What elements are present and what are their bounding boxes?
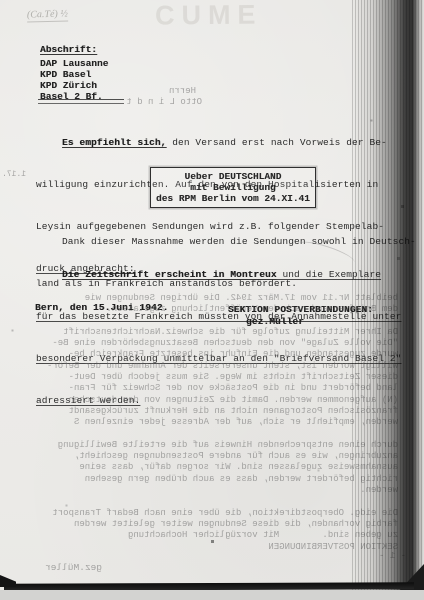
bleed-signature: gez.Müller: [45, 562, 102, 573]
text-line: wurde zugestanden und die Einfuhr ins be…: [26, 349, 398, 360]
bleed-through-body: beiblatt Nr.11 vom 17.März 1942. Die übr…: [26, 293, 398, 553]
text-line: KPD Basel: [40, 69, 108, 80]
watermark-text: CUME: [155, 0, 263, 31]
stamp-imprint-box: Ueber DEUTSCHLAND mit Bewilligung des RP…: [150, 167, 316, 208]
text-line: beiblatt Nr.11 vom 17.März 1942. Die übr…: [26, 293, 398, 304]
text-line: KPD Zürich: [40, 80, 108, 91]
paragraph-3-line-1: Die Zeitschrift erscheint in Montreux un…: [36, 268, 388, 282]
text-line: [26, 429, 398, 440]
text-line: Da Ihrer Mitteilung zufolge für die schw…: [26, 327, 398, 338]
text-line: DAP Lausanne: [40, 58, 108, 69]
stamp-line-2: mit Bewilligung: [155, 182, 311, 193]
text-line: anzubringen, wie es auch für andere Post…: [26, 451, 398, 462]
text-line: willigt worden ist, steht unsererseits d…: [26, 361, 398, 372]
text-line: [26, 496, 398, 507]
scanner-background: [0, 590, 424, 600]
text-line: französischen Postorganen nicht an die H…: [26, 406, 398, 417]
paragraph-1-line-1: Es empfiehlt sich, den Versand erst nach…: [36, 136, 388, 150]
recipient-list: DAP LausanneKPD BaselKPD ZürichBasel 2 B…: [40, 58, 108, 102]
text-line: land befördert und in die Postsäcke von …: [26, 383, 398, 394]
pencil-annotation: (Ca.Té) ½: [27, 8, 68, 22]
text-line: (N) aufgenommen werden. Damit die Zeitun…: [26, 395, 398, 406]
double-rule: [38, 99, 124, 104]
scanned-document-page: (Ca.Té) ½ CUME Herrn Otto L i n d t Absc…: [0, 0, 424, 600]
text-line: dem Briefversand nach der Veröffentlichu…: [26, 304, 398, 315]
text-line: farbig vorhanden, die diese Sendungen we…: [26, 519, 398, 530]
text-line: durch einen entsprechenden Hinweis auf d…: [26, 440, 398, 451]
text-line: werden.: [26, 485, 398, 496]
text-line: werden, empfiehlt er sich, auf der Adres…: [26, 417, 398, 428]
page-stack-edge-shadow: [352, 0, 424, 590]
dust-specks: [0, 0, 1, 1]
text-line: dieser Zeitschrift nichts im Wege. Sie m…: [26, 372, 398, 383]
copy-label: Abschrift:: [40, 44, 97, 55]
bleed-margin-fragment: 1.17.: [2, 170, 26, 179]
text-line: Die eidg. Oberpostdirektion, die über ei…: [26, 508, 398, 519]
text-line: [26, 316, 398, 327]
text-line: zu geben sind. Mit vorzüglicher Hochacht…: [26, 530, 398, 541]
text-line: "Die volle Zulage" von den deutschen Bes…: [26, 338, 398, 349]
text-line: ausnahmsweise zugelassen sind. Wir sorge…: [26, 462, 398, 473]
stamp-line-1: Ueber DEUTSCHLAND: [155, 171, 311, 182]
stamp-line-3: des RPM Berlin vom 24.XI.41: [155, 193, 311, 204]
text-line: richtig befördert werden, dass es auch d…: [26, 474, 398, 485]
